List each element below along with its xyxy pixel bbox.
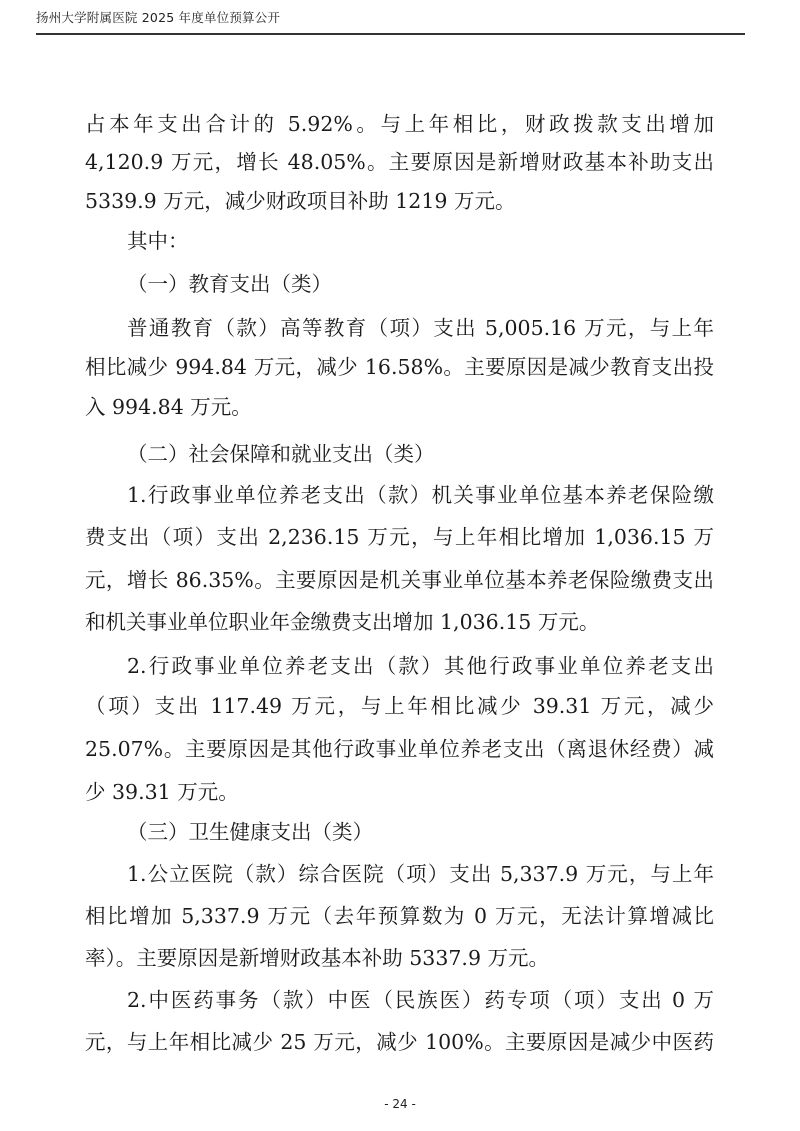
paragraph-line: 相比增加 5,337.9 万元（去年预算数为 0 万元，无法计算增减比 [85, 902, 714, 930]
paragraph-line: 和机关事业单位职业年金缴费支出增加 1,036.15 万元。 [85, 608, 714, 636]
paragraph-line: （项）支出 117.49 万元，与上年相比减少 39.31 万元，减少 [85, 692, 714, 720]
paragraph-line: 入 994.84 万元。 [85, 393, 714, 421]
paragraph-line: 2.行政事业单位养老支出（款）其他行政事业单位养老支出 [127, 652, 714, 680]
paragraph-line: 5339.9 万元，减少财政项目补助 1219 万元。 [85, 187, 714, 215]
paragraph-line: 少 39.31 万元。 [85, 778, 714, 806]
paragraph-line: 率）。主要原因是新增财政基本补助 5337.9 万元。 [85, 944, 714, 972]
section-heading-health: （三）卫生健康支出（类） [127, 818, 756, 846]
paragraph-line: 占本年支出合计的 5.92%。与上年相比，财政拨款支出增加 [85, 110, 714, 138]
section-intro: 其中： [127, 227, 756, 255]
paragraph-line: 相比减少 994.84 万元，减少 16.58%。主要原因是减少教育支出投 [85, 353, 714, 381]
header-divider [36, 33, 745, 35]
paragraph-line: 4,120.9 万元，增长 48.05%。主要原因是新增财政基本补助支出 [85, 148, 714, 176]
page-number: - 24 - [0, 1097, 800, 1111]
paragraph-line: 普通教育（款）高等教育（项）支出 5,005.16 万元，与上年 [127, 314, 714, 342]
paragraph-line: 25.07%。主要原因是其他行政事业单位养老支出（离退休经费）减 [85, 735, 714, 763]
paragraph-line: 1.公立医院（款）综合医院（项）支出 5,337.9 万元，与上年 [127, 860, 714, 888]
paragraph-line: 1.行政事业单位养老支出（款）机关事业单位基本养老保险缴 [127, 481, 714, 509]
paragraph-line: 元，增长 86.35%。主要原因是机关事业单位基本养老保险缴费支出 [85, 566, 714, 594]
section-heading-education: （一）教育支出（类） [127, 270, 756, 298]
section-heading-social-security: （二）社会保障和就业支出（类） [127, 440, 756, 468]
paragraph-line: 费支出（项）支出 2,236.15 万元，与上年相比增加 1,036.15 万 [85, 523, 714, 551]
paragraph-line: 元，与上年相比减少 25 万元，减少 100%。主要原因是减少中医药 [85, 1028, 714, 1056]
paragraph-line: 2.中医药事务（款）中医（民族医）药专项（项）支出 0 万 [127, 986, 714, 1014]
running-header: 扬州大学附属医院 2025 年度单位预算公开 [36, 8, 280, 26]
